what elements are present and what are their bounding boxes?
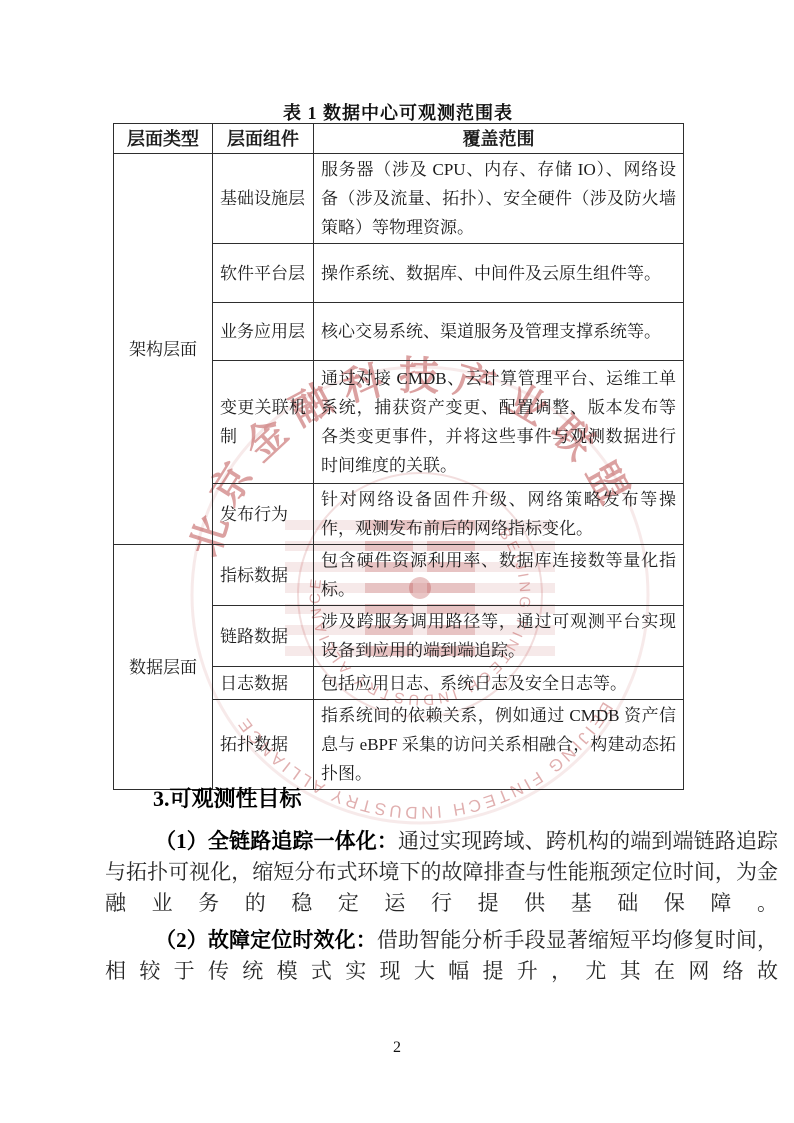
observability-scope-table: 层面类型 层面组件 覆盖范围 架构层面 基础设施层 服务器（涉及 CPU、内存、… xyxy=(113,123,684,790)
paragraph-2-lead: （2）故障定位时效化： xyxy=(155,928,377,952)
scope-cell: 操作系统、数据库、中间件及云原生组件等。 xyxy=(314,244,684,303)
paragraph-1: （1）全链路追踪一体化：通过实现跨域、跨机构的端到端链路追踪与拓扑可视化，缩短分… xyxy=(105,826,778,919)
scope-cell: 通过对接 CMDB、云计算管理平台、运维工单系统，捕获资产变更、配置调整、版本发… xyxy=(314,361,684,484)
table-row: 数据层面 指标数据 包含硬件资源利用率、数据库连接数等量化指标。 xyxy=(114,545,684,606)
component-cell: 发布行为 xyxy=(213,484,314,545)
document-page: 北京金融科技产业联盟 BEIJING FINTECH INDUSTRY ALLI… xyxy=(0,0,794,1123)
scope-cell: 包含硬件资源利用率、数据库连接数等量化指标。 xyxy=(314,545,684,606)
section-heading: 3.可观测性目标 xyxy=(153,785,778,813)
scope-cell: 包括应用日志、系统日志及安全日志等。 xyxy=(314,667,684,700)
header-coverage-scope: 覆盖范围 xyxy=(314,124,684,154)
paragraph-2: （2）故障定位时效化：借助智能分析手段显著缩短平均修复时间，相较于传统模式实现大… xyxy=(105,925,778,987)
component-cell: 拓扑数据 xyxy=(213,700,314,790)
component-cell: 业务应用层 xyxy=(213,303,314,361)
component-cell: 链路数据 xyxy=(213,606,314,667)
group-cell-data: 数据层面 xyxy=(114,545,213,790)
scope-cell: 服务器（涉及 CPU、内存、存储 IO）、网络设备（涉及流量、拓扑）、安全硬件（… xyxy=(314,154,684,244)
header-layer-component: 层面组件 xyxy=(213,124,314,154)
component-cell: 基础设施层 xyxy=(213,154,314,244)
page-number: 2 xyxy=(0,1039,794,1057)
component-cell: 日志数据 xyxy=(213,667,314,700)
section-content: 3.可观测性目标 （1）全链路追踪一体化：通过实现跨域、跨机构的端到端链路追踪与… xyxy=(105,785,778,987)
scope-cell: 涉及跨服务调用路径等，通过可观测平台实现设备到应用的端到端追踪。 xyxy=(314,606,684,667)
scope-cell: 针对网络设备固件升级、网络策略发布等操作，观测发布前后的网络指标变化。 xyxy=(314,484,684,545)
paragraph-1-lead: （1）全链路追踪一体化： xyxy=(155,829,398,853)
component-cell: 变更关联机制 xyxy=(213,361,314,484)
table-header-row: 层面类型 层面组件 覆盖范围 xyxy=(114,124,684,154)
table-row: 架构层面 基础设施层 服务器（涉及 CPU、内存、存储 IO）、网络设备（涉及流… xyxy=(114,154,684,244)
group-cell-architecture: 架构层面 xyxy=(114,154,213,545)
scope-cell: 指系统间的依赖关系，例如通过 CMDB 资产信息与 eBPF 采集的访问关系相融… xyxy=(314,700,684,790)
table-title: 表 1 数据中心可观测范围表 xyxy=(113,99,683,125)
component-cell: 指标数据 xyxy=(213,545,314,606)
component-cell: 软件平台层 xyxy=(213,244,314,303)
scope-cell: 核心交易系统、渠道服务及管理支撑系统等。 xyxy=(314,303,684,361)
header-layer-type: 层面类型 xyxy=(114,124,213,154)
